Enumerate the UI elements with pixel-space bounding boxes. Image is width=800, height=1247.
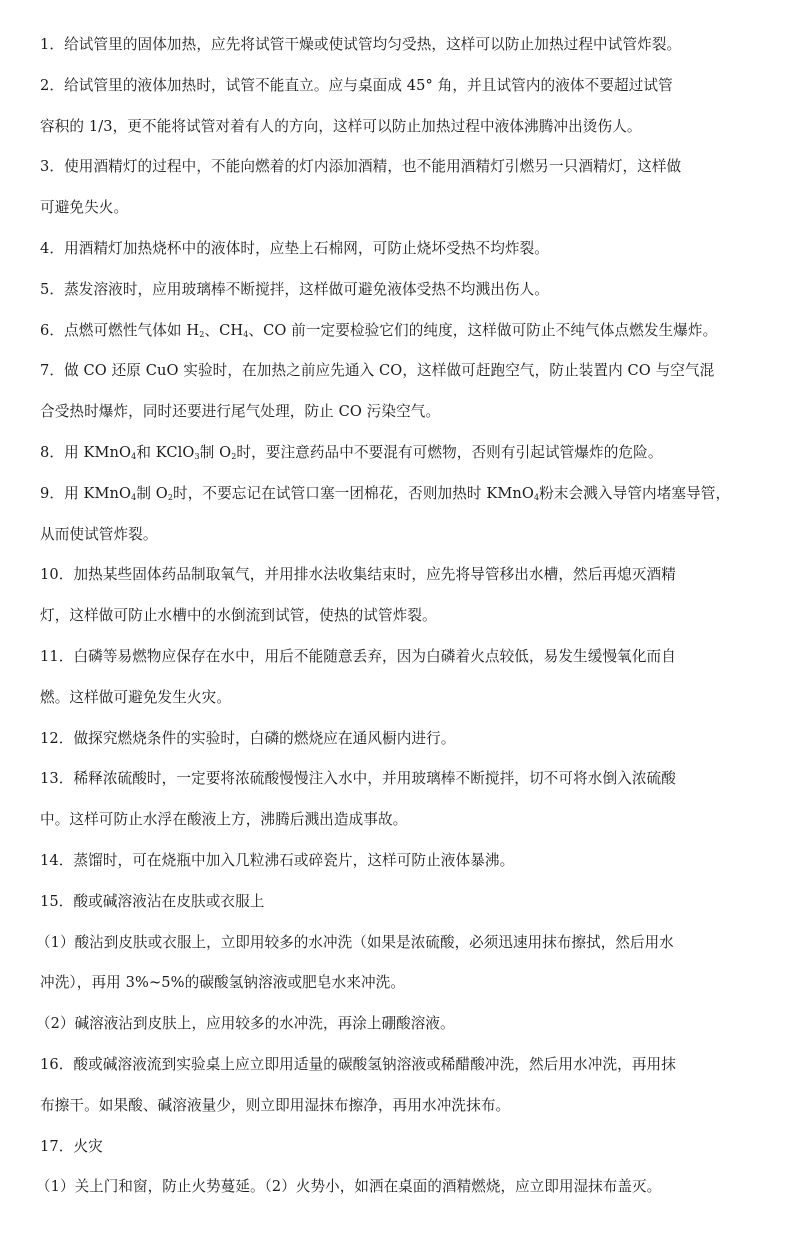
text-segment: 时，不要忘记在试管口塞一团棉花，否则加热时 KMnO bbox=[173, 485, 534, 502]
item-3-line-1: 3．使用酒精灯的过程中，不能向燃着的灯内添加酒精，也不能用酒精灯引燃另一只酒精灯… bbox=[40, 153, 786, 194]
text-segment: 、CO 前一定要检验它们的纯度，这样做可防止不纯气体点燃发生爆炸。 bbox=[248, 322, 717, 339]
item-13-line-2: 中。这样可防止水浮在酸液上方，沸腾后溅出造成事故。 bbox=[40, 806, 786, 847]
text-segment: 时，要注意药品中不要混有可燃物，否则有引起试管爆炸的危险。 bbox=[236, 444, 662, 461]
item-1-line-1: 1．给试管里的固体加热，应先将试管干燥或使试管均匀受热，这样可以防止加热过程中试… bbox=[40, 31, 786, 72]
item-14-line-1: 14．蒸馏时，可在烧瓶中加入几粒沸石或碎瓷片，这样可防止液体暴沸。 bbox=[40, 847, 786, 888]
item-15-heading: 15．酸或碱溶液沾在皮肤或衣服上 bbox=[40, 888, 786, 929]
item-8-line-1: 8．用 KMnO4和 KClO3制 O2时，要注意药品中不要混有可燃物，否则有引… bbox=[40, 439, 786, 480]
item-11-line-1: 11．白磷等易燃物应保存在水中，用后不能随意丢弃，因为白磷着火点较低，易发生缓慢… bbox=[40, 643, 786, 684]
document-page: 1．给试管里的固体加热，应先将试管干燥或使试管均匀受热，这样可以防止加热过程中试… bbox=[0, 0, 800, 1247]
text-segment: 制 O bbox=[200, 444, 232, 461]
text-segment: 6．点燃可燃性气体如 H bbox=[40, 322, 199, 339]
item-16-line-1: 16．酸或碱溶液流到实验桌上应立即用适量的碳酸氢钠溶液或稀醋酸冲洗，然后用水冲洗… bbox=[40, 1051, 786, 1092]
item-15-sub-1-line-1: （1）酸沾到皮肤或衣服上，立即用较多的水冲洗（如果是浓硫酸，必须迅速用抹布擦拭，… bbox=[36, 929, 782, 970]
text-segment: 粉末会溅入导管内堵塞导管， bbox=[539, 485, 730, 502]
text-segment: 和 KClO bbox=[136, 444, 194, 461]
item-6-line-1: 6．点燃可燃性气体如 H2、CH4、CO 前一定要检验它们的纯度，这样做可防止不… bbox=[40, 317, 786, 358]
item-4-line-1: 4．用酒精灯加热烧杯中的液体时，应垫上石棉网，可防止烧坏受热不均炸裂。 bbox=[40, 235, 786, 276]
item-7-line-2: 合受热时爆炸，同时还要进行尾气处理，防止 CO 污染空气。 bbox=[40, 398, 786, 439]
item-10-line-2: 灯，这样做可防止水槽中的水倒流到试管，使热的试管炸裂。 bbox=[40, 602, 786, 643]
item-2-line-1: 2．给试管里的液体加热时，试管不能直立。应与桌面成 45° 角，并且试管内的液体… bbox=[40, 72, 786, 113]
item-17-heading: 17．火灾 bbox=[40, 1133, 786, 1174]
text-segment: 8．用 KMnO bbox=[40, 444, 131, 461]
item-7-line-1: 7．做 CO 还原 CuO 实验时，在加热之前应先通入 CO，这样做可赶跑空气，… bbox=[40, 357, 786, 398]
text-segment: 制 O bbox=[136, 485, 168, 502]
text-segment: 9．用 KMnO bbox=[40, 485, 131, 502]
item-15-sub-2-line-1: （2）碱溶液沾到皮肤上，应用较多的水冲洗，再涂上硼酸溶液。 bbox=[36, 1010, 782, 1051]
item-5-line-1: 5．蒸发溶液时，应用玻璃棒不断搅拌，这样做可避免液体受热不均溅出伤人。 bbox=[40, 276, 786, 317]
item-16-line-2: 布擦干。如果酸、碱溶液量少，则立即用湿抹布擦净，再用水冲洗抹布。 bbox=[40, 1092, 786, 1133]
item-17-sub-line-1: （1）关上门和窗，防止火势蔓延。（2）火势小，如洒在桌面的酒精燃烧，应立即用湿抹… bbox=[36, 1173, 782, 1214]
item-15-sub-1-line-2: 冲洗），再用 3%~5%的碳酸氢钠溶液或肥皂水来冲洗。 bbox=[40, 969, 786, 1010]
item-9-line-1: 9．用 KMnO4制 O2时，不要忘记在试管口塞一团棉花，否则加热时 KMnO4… bbox=[40, 480, 786, 521]
item-12-line-1: 12．做探究燃烧条件的实验时，白磷的燃烧应在通风橱内进行。 bbox=[40, 725, 786, 766]
item-3-line-2: 可避免失火。 bbox=[40, 194, 786, 235]
item-11-line-2: 燃。这样做可避免发生火灾。 bbox=[40, 684, 786, 725]
item-10-line-1: 10．加热某些固体药品制取氧气，并用排水法收集结束时，应先将导管移出水槽，然后再… bbox=[40, 561, 786, 602]
item-9-line-2: 从而使试管炸裂。 bbox=[40, 521, 786, 562]
text-segment: 、CH bbox=[204, 322, 243, 339]
item-2-line-2: 容积的 1/3，更不能将试管对着有人的方向，这样可以防止加热过程中液体沸腾冲出烫… bbox=[40, 113, 786, 154]
item-13-line-1: 13．稀释浓硫酸时，一定要将浓硫酸慢慢注入水中，并用玻璃棒不断搅拌，切不可将水倒… bbox=[40, 765, 786, 806]
